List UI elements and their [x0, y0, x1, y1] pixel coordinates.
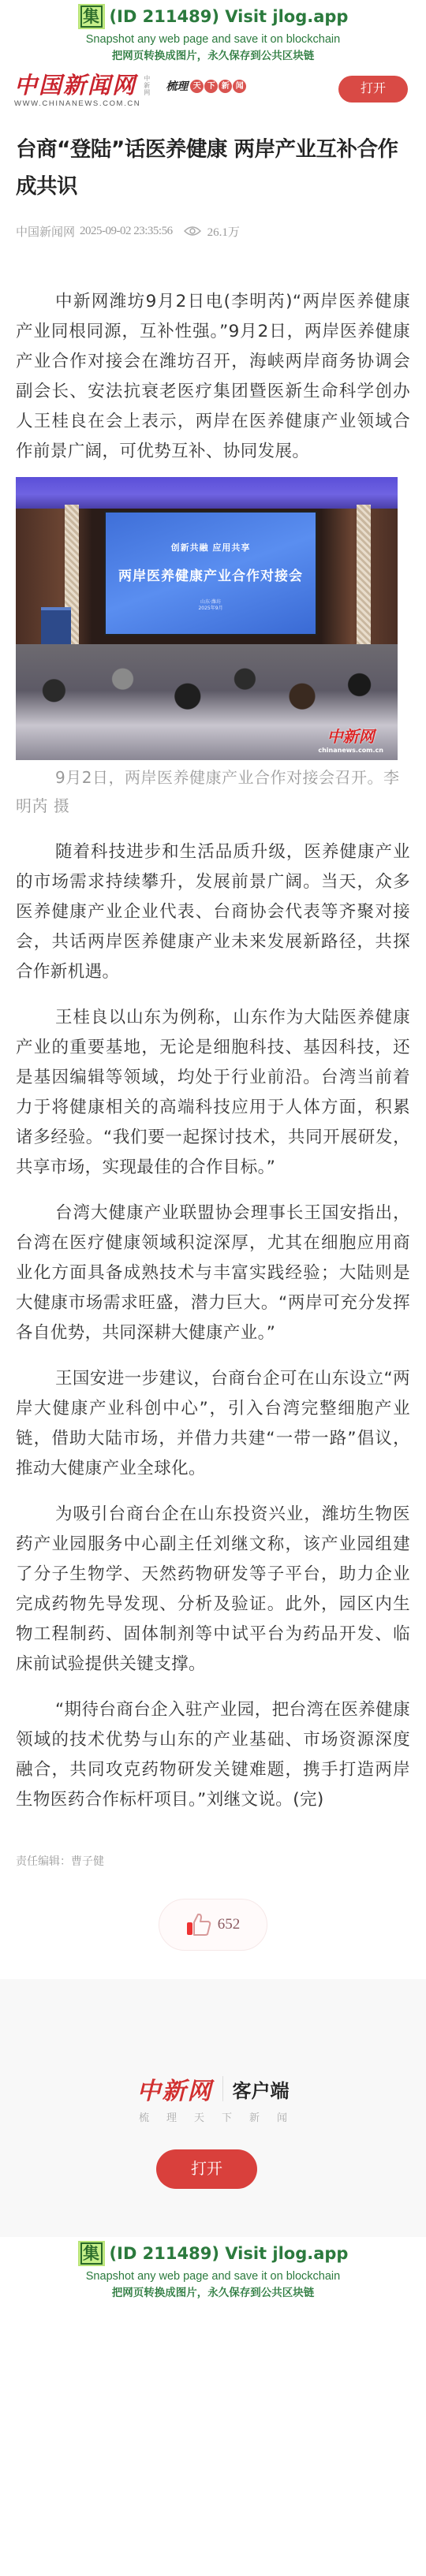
- footer-logo: 中新网: [137, 2071, 213, 2106]
- jlog-badge-icon: 集: [78, 2241, 105, 2266]
- site-header: 中国新闻网 WWW.CHINANEWS.COM.CN 中 新 网 梳理 天 下 …: [0, 66, 426, 114]
- jlog-subtitle-en: Snapshot any web page and save it on blo…: [0, 33, 426, 46]
- article-title: 台商“登陆”话医养健康 两岸产业互补合作成共识: [16, 131, 410, 205]
- view-count: 26.1万: [207, 223, 240, 240]
- jlog-subtitle-cn: 把网页转换成图片，永久保存到公共区块链: [0, 47, 426, 62]
- open-app-button-bottom[interactable]: 打开: [156, 2149, 257, 2189]
- article-paragraph: 为吸引台商台企在山东投资兴业，潍坊生物医药产业园服务中心副主任刘继文称，该产业园…: [16, 1500, 410, 1679]
- jlog-badge-icon: 集: [78, 4, 105, 29]
- chinanews-logo[interactable]: 中国新闻网 WWW.CHINANEWS.COM.CN 中 新 网: [14, 72, 150, 108]
- like-count: 652: [218, 1916, 241, 1933]
- article-datetime: 2025-09-02 23:35:56: [80, 225, 173, 238]
- jlog-banner-bottom: 集 (ID 211489) Visit jlog.app Snapshot an…: [0, 2237, 426, 2302]
- jlog-title[interactable]: (ID 211489) Visit jlog.app: [110, 2244, 349, 2263]
- open-app-button-top[interactable]: 打开: [338, 76, 408, 103]
- article-paragraph: “期待台商台企入驻产业园，把台湾在医养健康领域的技术优势与山东的产业基础、市场资…: [16, 1695, 410, 1815]
- jlog-title[interactable]: (ID 211489) Visit jlog.app: [110, 7, 349, 26]
- article-source: 中国新闻网: [16, 223, 75, 240]
- app-promo-footer: 中新网 客户端 梳 理 天 下 新 闻 打开: [0, 1979, 426, 2237]
- article: 台商“登陆”话医养健康 两岸产业互补合作成共识 中国新闻网 2025-09-02…: [0, 131, 426, 1951]
- jlog-subtitle-en: Snapshot any web page and save it on blo…: [0, 2270, 426, 2283]
- article-paragraph: 王桂良以山东为例称，山东作为大陆医养健康产业的重要基地，无论是细胞科技、基因科技…: [16, 1003, 410, 1183]
- eye-icon: [184, 226, 201, 237]
- photo-caption: 9月2日，两岸医养健康产业合作对接会召开。李明芮 摄: [16, 763, 410, 820]
- jlog-banner-top: 集 (ID 211489) Visit jlog.app Snapshot an…: [0, 0, 426, 66]
- footer-app-label: 客户端: [233, 2075, 290, 2103]
- thumbs-up-icon: [186, 1913, 211, 1937]
- divider: [222, 2076, 223, 2101]
- article-paragraph: 随着科技进步和生活品质升级，医养健康产业的市场需求持续攀升，发展前景广阔。当天，…: [16, 837, 410, 987]
- logo-text: 中国新闻网: [14, 72, 140, 99]
- like-button[interactable]: 652: [159, 1899, 267, 1951]
- article-paragraph: 台湾大健康产业联盟协会理事长王国安指出，台湾在医疗健康领域积淀深厚，尤其在细胞应…: [16, 1199, 410, 1348]
- photo-projection-screen: 创新共融 应用共享 两岸医养健康产业合作对接会 山东·潍坊2025年9月: [104, 511, 317, 636]
- logo-vertical-text: 中 新 网: [144, 75, 150, 96]
- article-meta: 中国新闻网 2025-09-02 23:35:56 26.1万: [16, 222, 410, 240]
- photo-watermark: 中新网 chinanews.com.cn: [318, 724, 383, 754]
- article-paragraph: 中新网潍坊9月2日电(李明芮)“两岸医养健康产业同根同源，互补性强。”9月2日，…: [16, 287, 410, 467]
- article-photo[interactable]: 创新共融 应用共享 两岸医养健康产业合作对接会 山东·潍坊2025年9月 中新网…: [16, 477, 398, 760]
- article-paragraph: 王国安进一步建议，台商台企可在山东设立“两岸大健康产业科创中心”，引入台湾完整细…: [16, 1364, 410, 1484]
- logo-url: WWW.CHINANEWS.COM.CN: [14, 99, 140, 108]
- header-slogan: 梳理 天 下 新 闻: [166, 78, 246, 94]
- jlog-subtitle-cn: 把网页转换成图片，永久保存到公共区块链: [0, 2283, 426, 2299]
- footer-slogan: 梳 理 天 下 新 闻: [0, 2109, 426, 2124]
- responsible-editor: 责任编辑：曹子健: [16, 1853, 410, 1869]
